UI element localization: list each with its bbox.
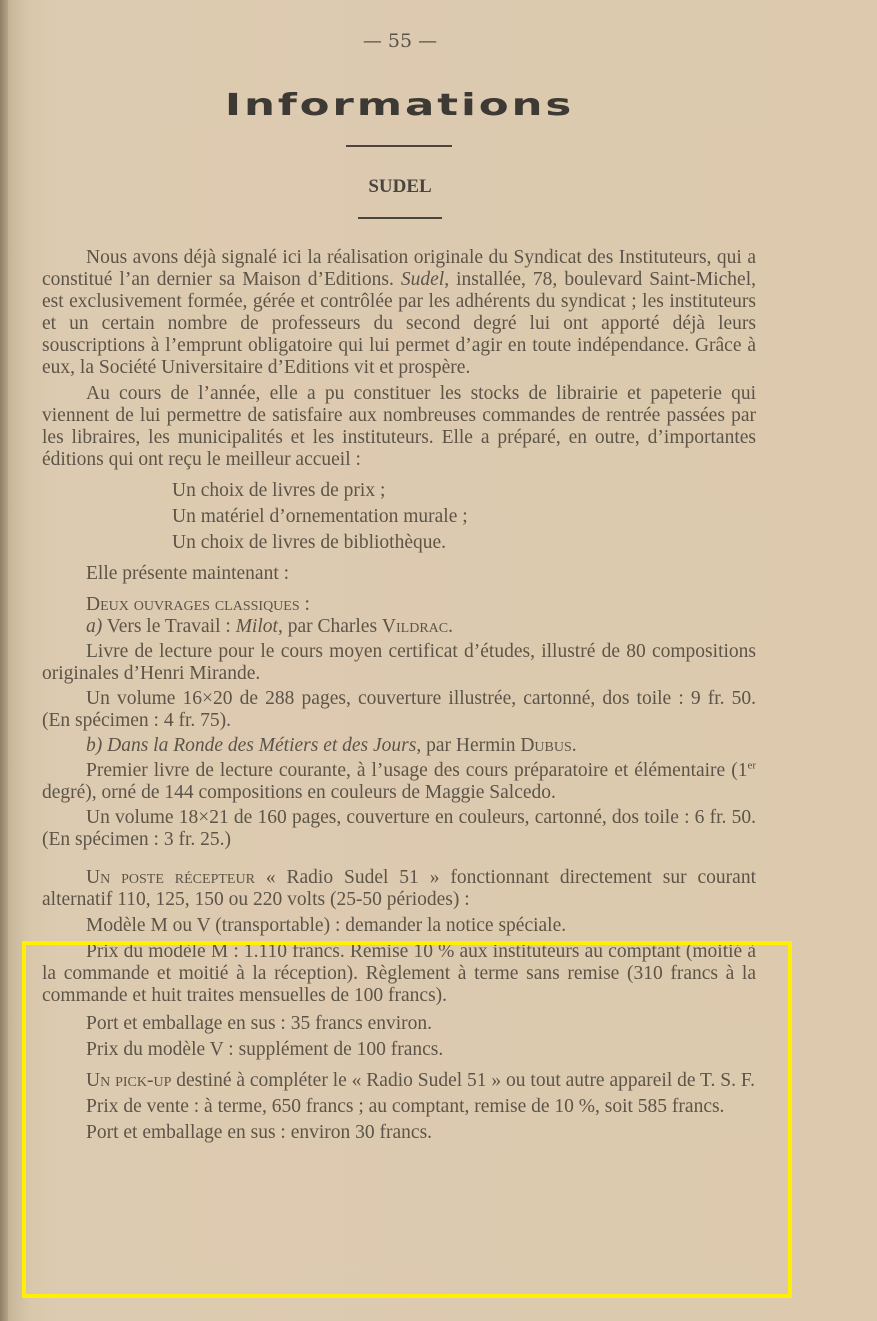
book-b-specs: Un volume 18×21 de 160 pages, couverture…	[42, 807, 756, 851]
book-a-title: a) Vers le Travail : Milot, par Charles …	[42, 616, 756, 638]
book-a-specs: Un volume 16×20 de 288 pages, couverture…	[42, 688, 756, 732]
list-item: Un matériel d’ornementation murale ;	[172, 506, 756, 528]
page-number: — 55 —	[0, 30, 800, 52]
book-b-description: Premier livre de lecture courante, à l’u…	[42, 760, 756, 804]
book-b-title: b) Dans la Ronde des Métiers et des Jour…	[42, 735, 756, 757]
books-section-title: Deux ouvrages classiques :	[42, 594, 756, 616]
section-divider	[358, 217, 442, 219]
list-item: Un choix de livres de prix ;	[172, 480, 756, 502]
page-spine-shadow	[0, 0, 8, 1321]
section-title: SUDEL	[0, 176, 800, 198]
book-a-description: Livre de lecture pour le cours moyen cer…	[42, 641, 756, 685]
highlight-box	[22, 941, 792, 1298]
intro-paragraph-2: Au cours de l’année, elle a pu constitue…	[42, 383, 756, 471]
list-item: Un choix de livres de bibliothèque.	[172, 532, 756, 554]
radio-paragraph-2: Modèle M ou V (transportable) : demander…	[42, 915, 756, 937]
radio-paragraph-1: Un poste récepteur « Radio Sudel 51 » fo…	[42, 867, 756, 911]
intro-paragraph-3: Elle présente maintenant :	[42, 563, 756, 585]
page-title: Informations	[0, 88, 877, 123]
editions-list: Un choix de livres de prix ; Un matériel…	[172, 480, 756, 554]
intro-paragraph-1: Nous avons déjà signalé ici la réalisati…	[42, 247, 756, 379]
title-divider	[346, 145, 452, 147]
